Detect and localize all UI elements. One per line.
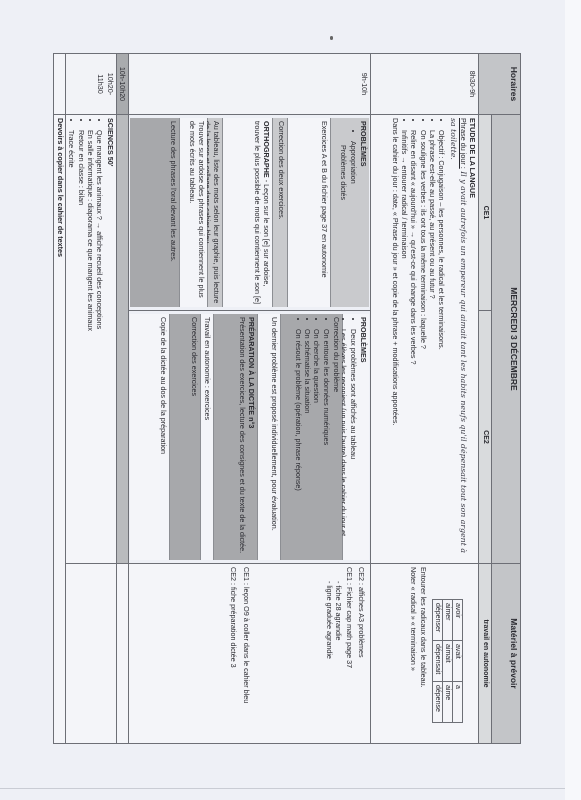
ce2-correction-item: On résout le problème (opération, phrase… — [293, 329, 302, 557]
ce1-problemes: PROBLÈMES Appropriation Problèmes dictés — [330, 118, 369, 307]
etude-langue-title: ETUDE DE LA LANGUE — [468, 118, 477, 560]
conj-cell: avait — [452, 641, 462, 682]
slot-10h20: 10h20- 11h30 — [65, 54, 116, 115]
conj-cell: aimer — [442, 600, 452, 641]
scan-margin — [565, 0, 581, 800]
ce1-orthographe: ORTHOGRAPHE - Leçon sur le son [e] sur a… — [222, 118, 272, 307]
devoirs-row: Devoirs à copier dans le cahier de texte… — [53, 115, 65, 744]
ce2-9h-cell: PROBLÈMES Deux problèmes sont affichés a… — [129, 311, 371, 564]
phrase-label: Phrase du jour : — [459, 118, 468, 169]
ce2-prep-text: Présentation des exercices, lecture des … — [237, 317, 246, 557]
ce2-correction-item: On entoure les données numériques — [321, 329, 330, 557]
langue-bullet: On souligne les verbes : ils ont tous la… — [418, 130, 427, 560]
conj-cell: aimait — [442, 641, 452, 682]
cahier-du-jour: Dans le cahier du jour : date, « Phrase … — [390, 118, 399, 560]
ce1-trouver: Trouver sur ardoise des phrases qui cont… — [179, 118, 207, 307]
materiel-ce1-item: fiche 28 agrandie — [334, 581, 343, 740]
materiel-ce1-item: ligne graduée agrandie — [325, 581, 334, 740]
langue-bullet: Infinitifs → entourer radical / terminai… — [400, 130, 409, 560]
ce2-copie-dictee: Copie de la dictée au dos de la préparat… — [130, 314, 169, 560]
ce2-correction-probleme: Correction du problème On entoure les do… — [280, 314, 342, 560]
ce2-travail-autonomie: Travail en autonomie : exercices — [200, 314, 213, 560]
conj-cell: dépense — [432, 682, 442, 723]
materiel-langue-cell: avoiravaita aimeraimaitaime dépenserdépe… — [371, 564, 479, 744]
ce1-tableau: Au tableau, liste des mots selon leur gr… — [207, 118, 222, 307]
break-row — [116, 115, 128, 564]
sciences-materiel — [65, 564, 116, 744]
materiel-note: Noter « radical » « terminaison » — [409, 567, 418, 740]
materiel-ce2-fiche: CE2 : fiche préparation dictée 3 — [229, 567, 238, 740]
ce2-problemes: PROBLÈMES Deux problèmes sont affichés a… — [342, 314, 369, 560]
sciences-item: Trace écrite — [67, 130, 76, 560]
conj-cell: dépensait — [432, 641, 442, 682]
header-ce2: CE2 — [479, 311, 492, 564]
conj-cell: aime — [442, 682, 452, 723]
ce2-problemes-item: Deux problèmes sont affichés au tableau — [348, 329, 357, 557]
langue-bullet: Objectif : Conjugaison – les personnes, … — [437, 130, 446, 560]
break-materiel — [116, 564, 128, 744]
ce2-prep-title: PRÉPARATION À LA DICTÉE n°3 — [247, 317, 256, 557]
lesson-plan-table: Horaires MERCREDI 3 DÉCEMBRE Matériel à … — [53, 53, 521, 744]
devoirs-time — [53, 54, 65, 115]
langue-bullets: Objectif : Conjugaison – les personnes, … — [400, 118, 447, 560]
ce2-dernier-probleme: Un dernier problème est proposé individu… — [257, 314, 280, 560]
conj-cell: dépenser — [432, 600, 442, 641]
slot-start: 10h20- — [105, 57, 114, 111]
slot-end: 11h30 — [96, 57, 105, 111]
materiel-ce1-fichier: CE1 : Fichier cap math page 37 — [344, 567, 353, 740]
scan-speck — [330, 36, 333, 40]
ce2-correction-exercices: Correction des exercices — [169, 314, 200, 560]
scan-edge-line — [0, 788, 565, 789]
phrase-du-jour: Il y avait autrefois un empereur qui aim… — [449, 118, 468, 553]
sciences-item: En salle informatique : diaporama ce que… — [86, 130, 95, 560]
materiel-9h-cell: CE2 : affiches A3 problèmes CE1 : Fichie… — [129, 564, 371, 744]
ce1-exercices: Exercices A et B du fichier page 37 en a… — [287, 118, 330, 307]
langue-bullet: Relire en disant « aujourd'hui » → qu'es… — [409, 130, 418, 560]
header-ce1: CE1 — [479, 115, 492, 311]
ce2-correction-item: On schématise la situation — [303, 329, 312, 557]
etude-langue-cell: ETUDE DE LA LANGUE Phrase du jour : Il y… — [371, 115, 479, 564]
ce1-problemes-item: Problèmes dictés — [339, 121, 348, 304]
ce1-ortho-title: ORTHOGRAPHE — [262, 121, 271, 178]
header-materiel: Matériel à prévoir — [492, 564, 521, 744]
header-day: MERCREDI 3 DÉCEMBRE — [492, 115, 521, 564]
ce1-correction: Correction des deux exercices. — [272, 118, 287, 307]
ce1-problemes-title: PROBLÈMES — [359, 121, 368, 304]
ce2-problemes-title: PROBLÈMES — [359, 317, 368, 557]
sciences-item: Que mangent les animaux ? → affiche recu… — [95, 130, 104, 560]
ce1-lecture: Lecture des phrases l'oral devant les au… — [130, 118, 179, 307]
ce2-preparation-dictee: PRÉPARATION À LA DICTÉE n°3 Présentation… — [213, 314, 257, 560]
ce1-problemes-item: Appropriation — [348, 141, 357, 304]
sciences-title: SCIENCES 50' — [105, 118, 114, 560]
slot-break: 10h-10h20 — [116, 54, 128, 115]
header-materiel-sub: travail en autonomie — [479, 564, 492, 744]
conjugation-table: avoiravaita aimeraimaitaime dépenserdépe… — [432, 599, 463, 723]
lesson-plan-sheet: Horaires MERCREDI 3 DÉCEMBRE Matériel à … — [59, 53, 521, 743]
conj-cell: a — [452, 682, 462, 723]
sciences-cell: SCIENCES 50' Que mangent les animaux ? →… — [65, 115, 116, 564]
materiel-ce1-lecon: CE1 : leçon O9 à coller dans le cahier b… — [241, 567, 250, 740]
slot-9h: 9h-10h — [129, 54, 371, 115]
ce2-correction-title: Correction du problème — [332, 317, 341, 557]
slot-8h30: 8h30-9h — [371, 54, 479, 115]
ce2-correction-item: On cherche la question — [312, 329, 321, 557]
sciences-item: Retour en classe : bilan — [76, 130, 85, 560]
langue-bullet: La phrase est-elle au passé, au présent … — [428, 130, 437, 560]
ce1-9h-cell: PROBLÈMES Appropriation Problèmes dictés… — [129, 115, 371, 311]
materiel-note: Entourer les radicaux dans le tableau. — [418, 567, 427, 740]
header-horaires: Horaires — [479, 54, 521, 115]
conj-cell: avoir — [452, 600, 462, 641]
materiel-ce2-affiches: CE2 : affiches A3 problèmes — [357, 567, 366, 740]
